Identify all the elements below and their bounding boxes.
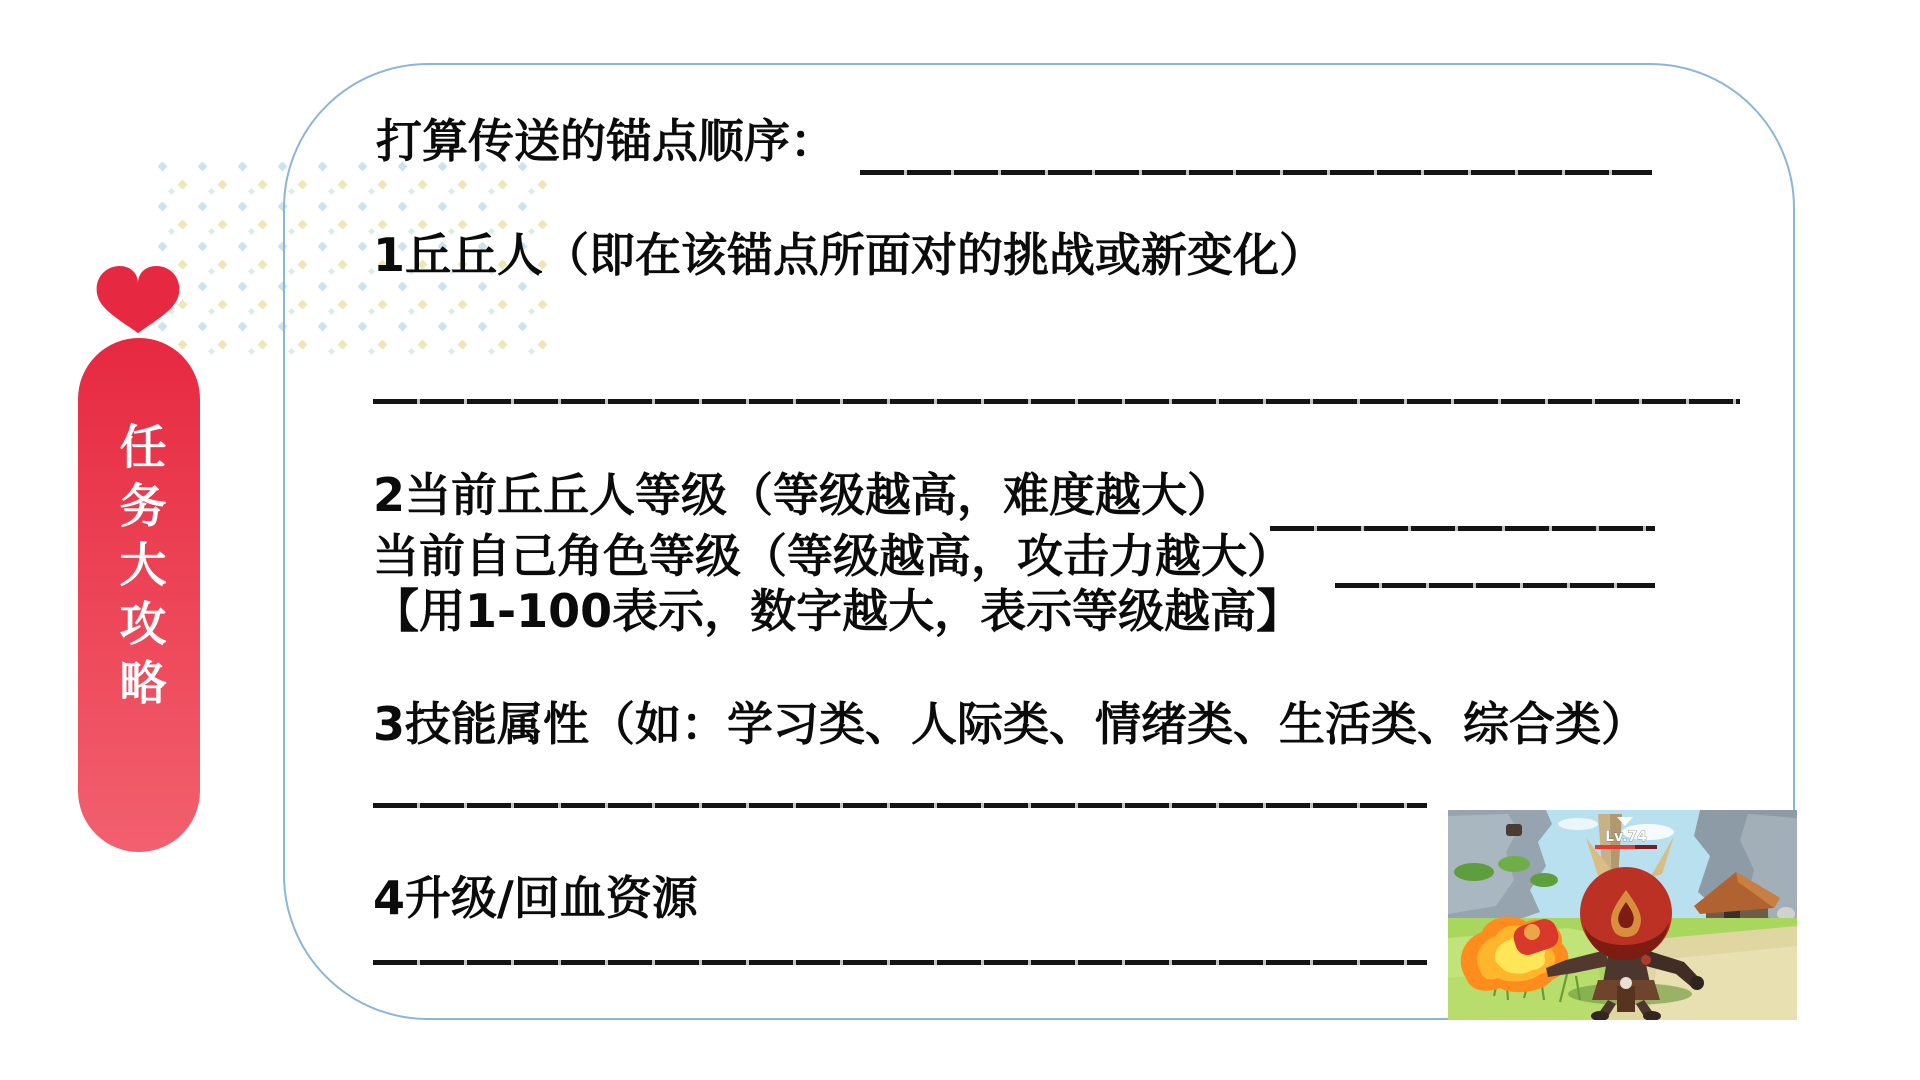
item3-skill-attributes: 3技能属性（如：学习类、人际类、情绪类、生活类、综合类）	[373, 697, 1647, 752]
item4-resources: 4升级/回血资源	[373, 871, 698, 926]
item2-own-level: 当前自己角色等级（等级越高，攻击力越大）	[373, 529, 1293, 584]
item1-hilichurl: 1丘丘人（即在该锚点所面对的挑战或新变化）	[373, 228, 1325, 283]
item2-enemy-level: 2当前丘丘人等级（等级越高，难度越大）	[373, 468, 1233, 523]
blank-line-enemy-level	[1270, 526, 1655, 531]
enemy-level-badge: Lv.74	[1605, 829, 1647, 845]
side-banner-label: 任务大攻略	[116, 422, 163, 852]
slide: 任务大攻略 打算传送的锚点顺序： 1丘丘人（即在该锚点所面对的挑战或新变化） 2…	[0, 0, 1920, 1080]
blank-line-own-level	[1335, 583, 1655, 588]
distant-creature	[1506, 824, 1522, 836]
game-screenshot: Lv.74	[1448, 810, 1797, 1020]
blank-line-item4	[373, 960, 1427, 965]
blank-line-anchor-order	[860, 170, 1652, 175]
side-banner: 任务大攻略	[78, 338, 200, 852]
blank-line-item1	[373, 399, 1740, 404]
item2-note-scale: 【用1-100表示，数字越大，表示等级越高】	[373, 584, 1302, 639]
blank-line-item3	[373, 803, 1427, 808]
heart-icon	[92, 263, 184, 337]
prompt-anchor-order: 打算传送的锚点顺序：	[376, 114, 836, 169]
